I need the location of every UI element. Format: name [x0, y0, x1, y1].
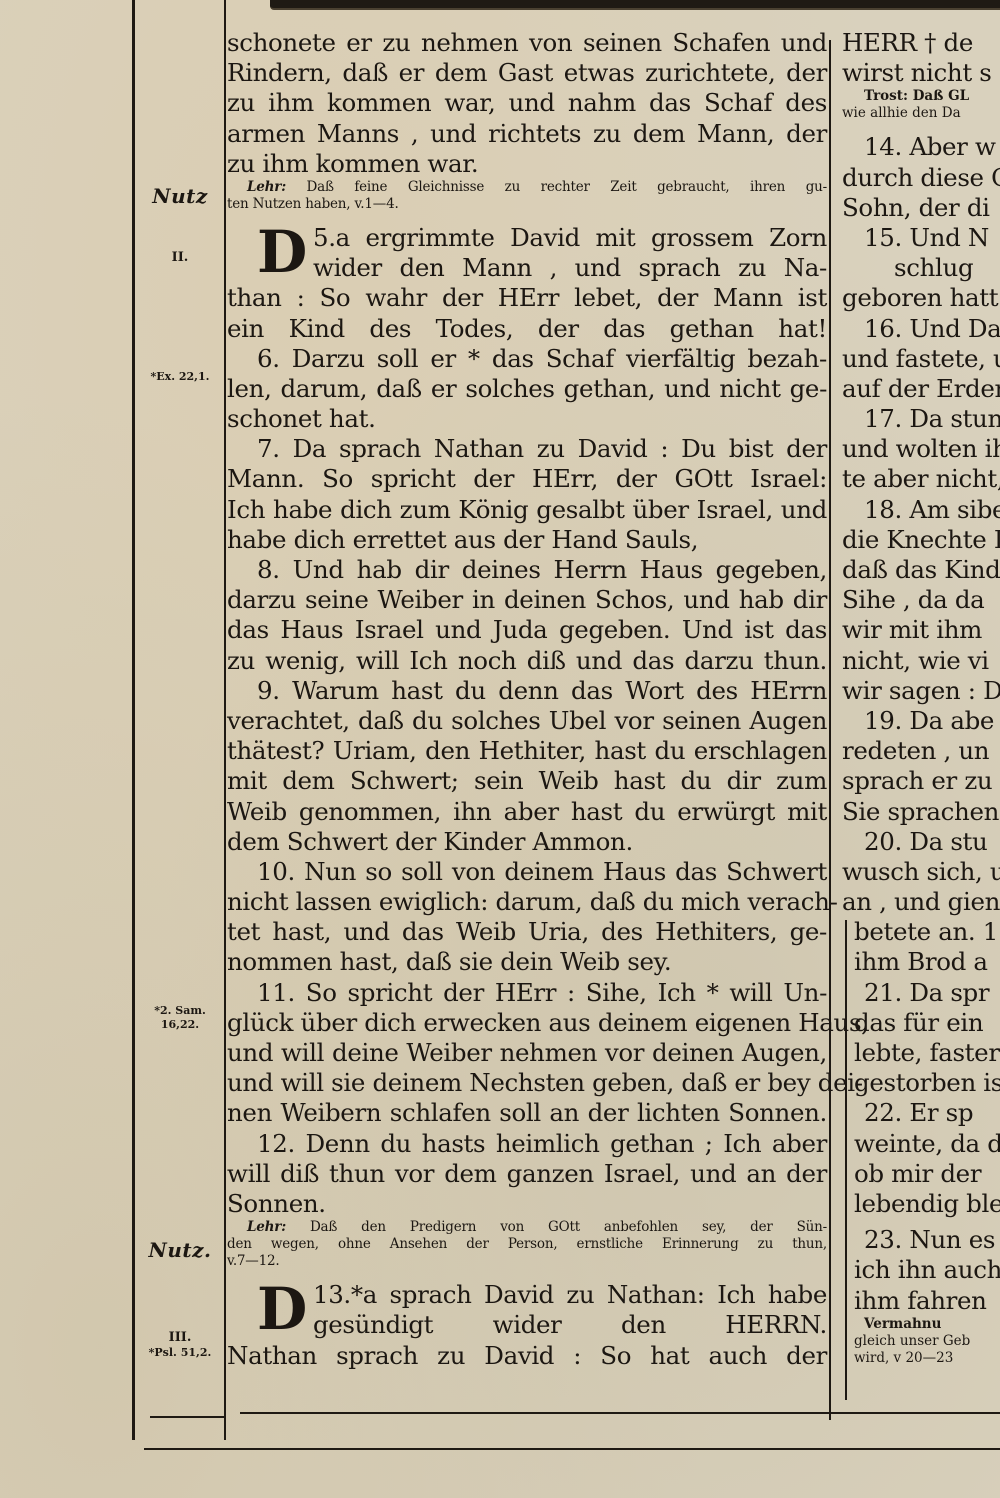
text-line: ihm Brod a — [842, 947, 1000, 977]
text-line: und will deine Weiber nehmen vor deinen … — [227, 1038, 827, 1068]
text-line: nommen hast, daß sie dein Weib sey. — [227, 947, 827, 977]
text-line: schlug — [842, 253, 1000, 283]
text-line: geboren hatt — [842, 283, 1000, 313]
text-line: Sihe , da da — [842, 585, 1000, 615]
verse-5: 5.Da ergrimmte David mit grossem Zorn wi… — [227, 223, 827, 344]
text-line: wirst nicht s — [842, 58, 1000, 88]
note-text: Daß den Predigern von GOtt anbefohlen se… — [310, 1219, 827, 1235]
text-line: das für ein — [842, 1008, 1000, 1038]
text-line: schonete er zu nehmen von seinen Schafen… — [227, 28, 827, 58]
text-line: Mann. So spricht der HErr, der GOtt Isra… — [227, 464, 827, 494]
text-line: 16. Und Da — [842, 314, 1000, 344]
note-label: Lehr: — [247, 1219, 286, 1235]
text-line: an , und gien — [842, 887, 1000, 917]
text-line: und wolten ih — [842, 434, 1000, 464]
text-line: 6. Darzu soll er * das Schaf vierfältig … — [227, 344, 827, 374]
text-line: wusch sich, un — [842, 857, 1000, 887]
text-line: zu wenig, will Ich noch diß und das darz… — [227, 646, 827, 676]
text-line: 17. Da stun — [842, 404, 1000, 434]
text-line: 8. Und hab dir deines Herrn Haus gegeben… — [227, 555, 827, 585]
text-line: ich ihn auch — [842, 1255, 1000, 1285]
verse-10: 10. Nun so soll von deinem Haus das Schw… — [227, 857, 827, 978]
text-line: 21. Da spr — [842, 978, 1000, 1008]
text-line: 7. Da sprach Nathan zu David : Du bist d… — [227, 434, 827, 464]
text-line: 18. Am sibe — [842, 495, 1000, 525]
text-line: das Haus Israel und Juda gegeben. Und is… — [227, 615, 827, 645]
text-line: Rindern, daß er dem Gast etwas zurichtet… — [227, 58, 827, 88]
lehr-note-2: Lehr: Daß den Predigern von GOtt anbefoh… — [227, 1219, 827, 1270]
text-line: 10. Nun so soll von deinem Haus das Schw… — [227, 857, 827, 887]
text-line: Sie sprachen — [842, 797, 1000, 827]
text-line: Sonnen. — [227, 1189, 827, 1219]
margin-cross-reference: *Psl. 51,2. — [134, 1346, 226, 1360]
note-text: wird, v 20—23 — [842, 1350, 1000, 1367]
verse-8: 8. Und hab dir deines Herrn Haus gegeben… — [227, 555, 827, 676]
text-line: betete an. 1 — [842, 917, 1000, 947]
text-line: sprach er zu s — [842, 766, 1000, 796]
text-line: a sprach David zu Nathan: Ich habe — [363, 1280, 827, 1309]
drop-cap: D — [257, 1284, 307, 1334]
text-line: 23. Nun es — [842, 1225, 1000, 1255]
text-line: ob mir der — [842, 1159, 1000, 1189]
text-line: verachtet, daß du solches Ubel vor seine… — [227, 706, 827, 736]
verse-12: 12. Denn du hasts heimlich gethan ; Ich … — [227, 1129, 827, 1220]
text-line: dem Schwert der Kinder Ammon. — [227, 827, 827, 857]
text-line: 22. Er sp — [842, 1098, 1000, 1128]
text-line: len, darum, daß er solches gethan, und n… — [227, 374, 827, 404]
woodcut-header-bar — [270, 0, 1000, 10]
text-line: durch diese G — [842, 163, 1000, 193]
note-text: ten Nutzen haben, v.1—4. — [227, 196, 827, 213]
text-line: auf der Erden — [842, 374, 1000, 404]
drop-cap: D — [257, 227, 307, 277]
margin-short-rule — [150, 1416, 225, 1418]
margin-section-number: II. — [134, 250, 226, 265]
text-line: a ergrimmte David mit grossem Zorn — [336, 223, 827, 252]
text-line: darzu seine Weiber in deinen Schos, und … — [227, 585, 827, 615]
text-line: und will sie deinem Nechsten geben, daß … — [227, 1068, 827, 1098]
text-line: Weib genommen, ihn aber hast du erwürgt … — [227, 797, 827, 827]
margin-section-number: III. — [134, 1330, 226, 1345]
margin-cross-reference: 16,22. — [134, 1018, 226, 1032]
text-line: 9. Warum hast du denn das Wort des HErrn — [227, 676, 827, 706]
note-text: wie allhie den Da — [842, 105, 1000, 122]
margin-heading-nutz: Nutz — [134, 184, 226, 208]
text-line: gestorben ist — [842, 1068, 1000, 1098]
text-line: schonet hat. — [227, 404, 827, 434]
text-line: HERR † de — [842, 28, 1000, 58]
note-text: gleich unser Geb — [842, 1333, 1000, 1350]
text-line: lebendig ble — [842, 1189, 1000, 1219]
text-bottom-rule — [240, 1412, 1000, 1414]
note-text: Trost: Daß GL — [842, 88, 1000, 105]
text-line: 15. Und N — [842, 223, 1000, 253]
text-line: ein Kind des Todes, der das gethan hat! — [227, 314, 827, 344]
verse-number: 5. — [313, 223, 336, 252]
outer-margin-rule — [132, 0, 135, 1440]
note-text: Daß feine Gleichnisse zu rechter Zeit ge… — [307, 179, 827, 195]
verse-7: 7. Da sprach Nathan zu David : Du bist d… — [227, 434, 827, 555]
note-label: Lehr: — [247, 179, 286, 195]
inner-margin-rule — [224, 0, 226, 1440]
text-line: te aber nicht, — [842, 464, 1000, 494]
text-line: tet hast, und das Weib Uria, des Hethite… — [227, 917, 827, 947]
text-line: zu ihm kommen war. — [227, 149, 827, 179]
text-line: 14. Aber w — [842, 132, 1000, 162]
text-line: habe dich errettet aus der Hand Sauls, — [227, 525, 827, 555]
verse-11: 11. So spricht der HErr : Sihe, Ich * wi… — [227, 978, 827, 1129]
text-line: nen Weibern schlafen soll an der lichten… — [227, 1098, 827, 1128]
text-line: mit dem Schwert; sein Weib hast du dir z… — [227, 766, 827, 796]
lehr-note-1: Lehr: Daß feine Gleichnisse zu rechter Z… — [227, 179, 827, 213]
note-label: Vermahnu — [842, 1316, 1000, 1333]
margin-cross-reference: *Ex. 22,1. — [134, 370, 226, 384]
text-line: nicht lassen ewiglich: darum, daß du mic… — [227, 887, 827, 917]
column-divider-rule — [829, 40, 831, 1420]
text-line: Nathan sprach zu David : So hat auch der — [227, 1341, 827, 1371]
text-line: daß das Kind — [842, 555, 1000, 585]
text-line: Ich habe dich zum König gesalbt über Isr… — [227, 495, 827, 525]
verse-13: 13.*Da sprach David zu Nathan: Ich habe … — [227, 1280, 827, 1371]
margin-cross-reference: *2. Sam. — [134, 1004, 226, 1018]
verse-4-tail: schonete er zu nehmen von seinen Schafen… — [227, 28, 827, 179]
text-line: ihm fahren — [842, 1286, 1000, 1316]
main-text-column: schonete er zu nehmen von seinen Schafen… — [227, 28, 827, 1371]
text-line: 20. Da stu — [842, 827, 1000, 857]
text-line: gesündigt wider den HERRN. — [227, 1310, 827, 1340]
text-line: weinte, da d — [842, 1129, 1000, 1159]
text-line: redeten , un — [842, 736, 1000, 766]
text-line: 11. So spricht der HErr : Sihe, Ich * wi… — [227, 978, 827, 1008]
verse-number: 13.* — [313, 1280, 363, 1309]
page-bottom-rule — [144, 1448, 1000, 1450]
text-line: thätest? Uriam, den Hethiter, hast du er… — [227, 736, 827, 766]
text-line: wir mit ihm — [842, 615, 1000, 645]
text-line: than : So wahr der HErr lebet, der Mann … — [227, 283, 827, 313]
text-line: glück über dich erwecken aus deinem eige… — [227, 1008, 827, 1038]
text-line: nicht, wie vi — [842, 646, 1000, 676]
text-line: und fastete, u — [842, 344, 1000, 374]
text-line: wider den Mann , und sprach zu Na- — [227, 253, 827, 283]
right-text-column: HERR † de wirst nicht s Trost: Daß GL wi… — [842, 28, 1000, 1367]
text-line: wir sagen : D — [842, 676, 1000, 706]
note-text: den wegen, ohne Ansehen der Person, erns… — [227, 1236, 827, 1253]
text-line: 12. Denn du hasts heimlich gethan ; Ich … — [227, 1129, 827, 1159]
text-line: lebte, faster — [842, 1038, 1000, 1068]
text-line: armen Manns , und richtets zu dem Mann, … — [227, 119, 827, 149]
verse-6: 6. Darzu soll er * das Schaf vierfältig … — [227, 344, 827, 435]
text-line: Sohn, der di — [842, 193, 1000, 223]
text-line: zu ihm kommen war, und nahm das Schaf de… — [227, 88, 827, 118]
verse-9: 9. Warum hast du denn das Wort des HErrn… — [227, 676, 827, 857]
bible-page: Nutz II. *Ex. 22,1. *2. Sam. 16,22. Nutz… — [0, 0, 1000, 1498]
note-text: v.7—12. — [227, 1253, 827, 1270]
text-line: 19. Da abe — [842, 706, 1000, 736]
margin-heading-nutz: Nutz. — [134, 1238, 226, 1262]
text-line: will diß thun vor dem ganzen Israel, und… — [227, 1159, 827, 1189]
text-line: die Knechte D — [842, 525, 1000, 555]
